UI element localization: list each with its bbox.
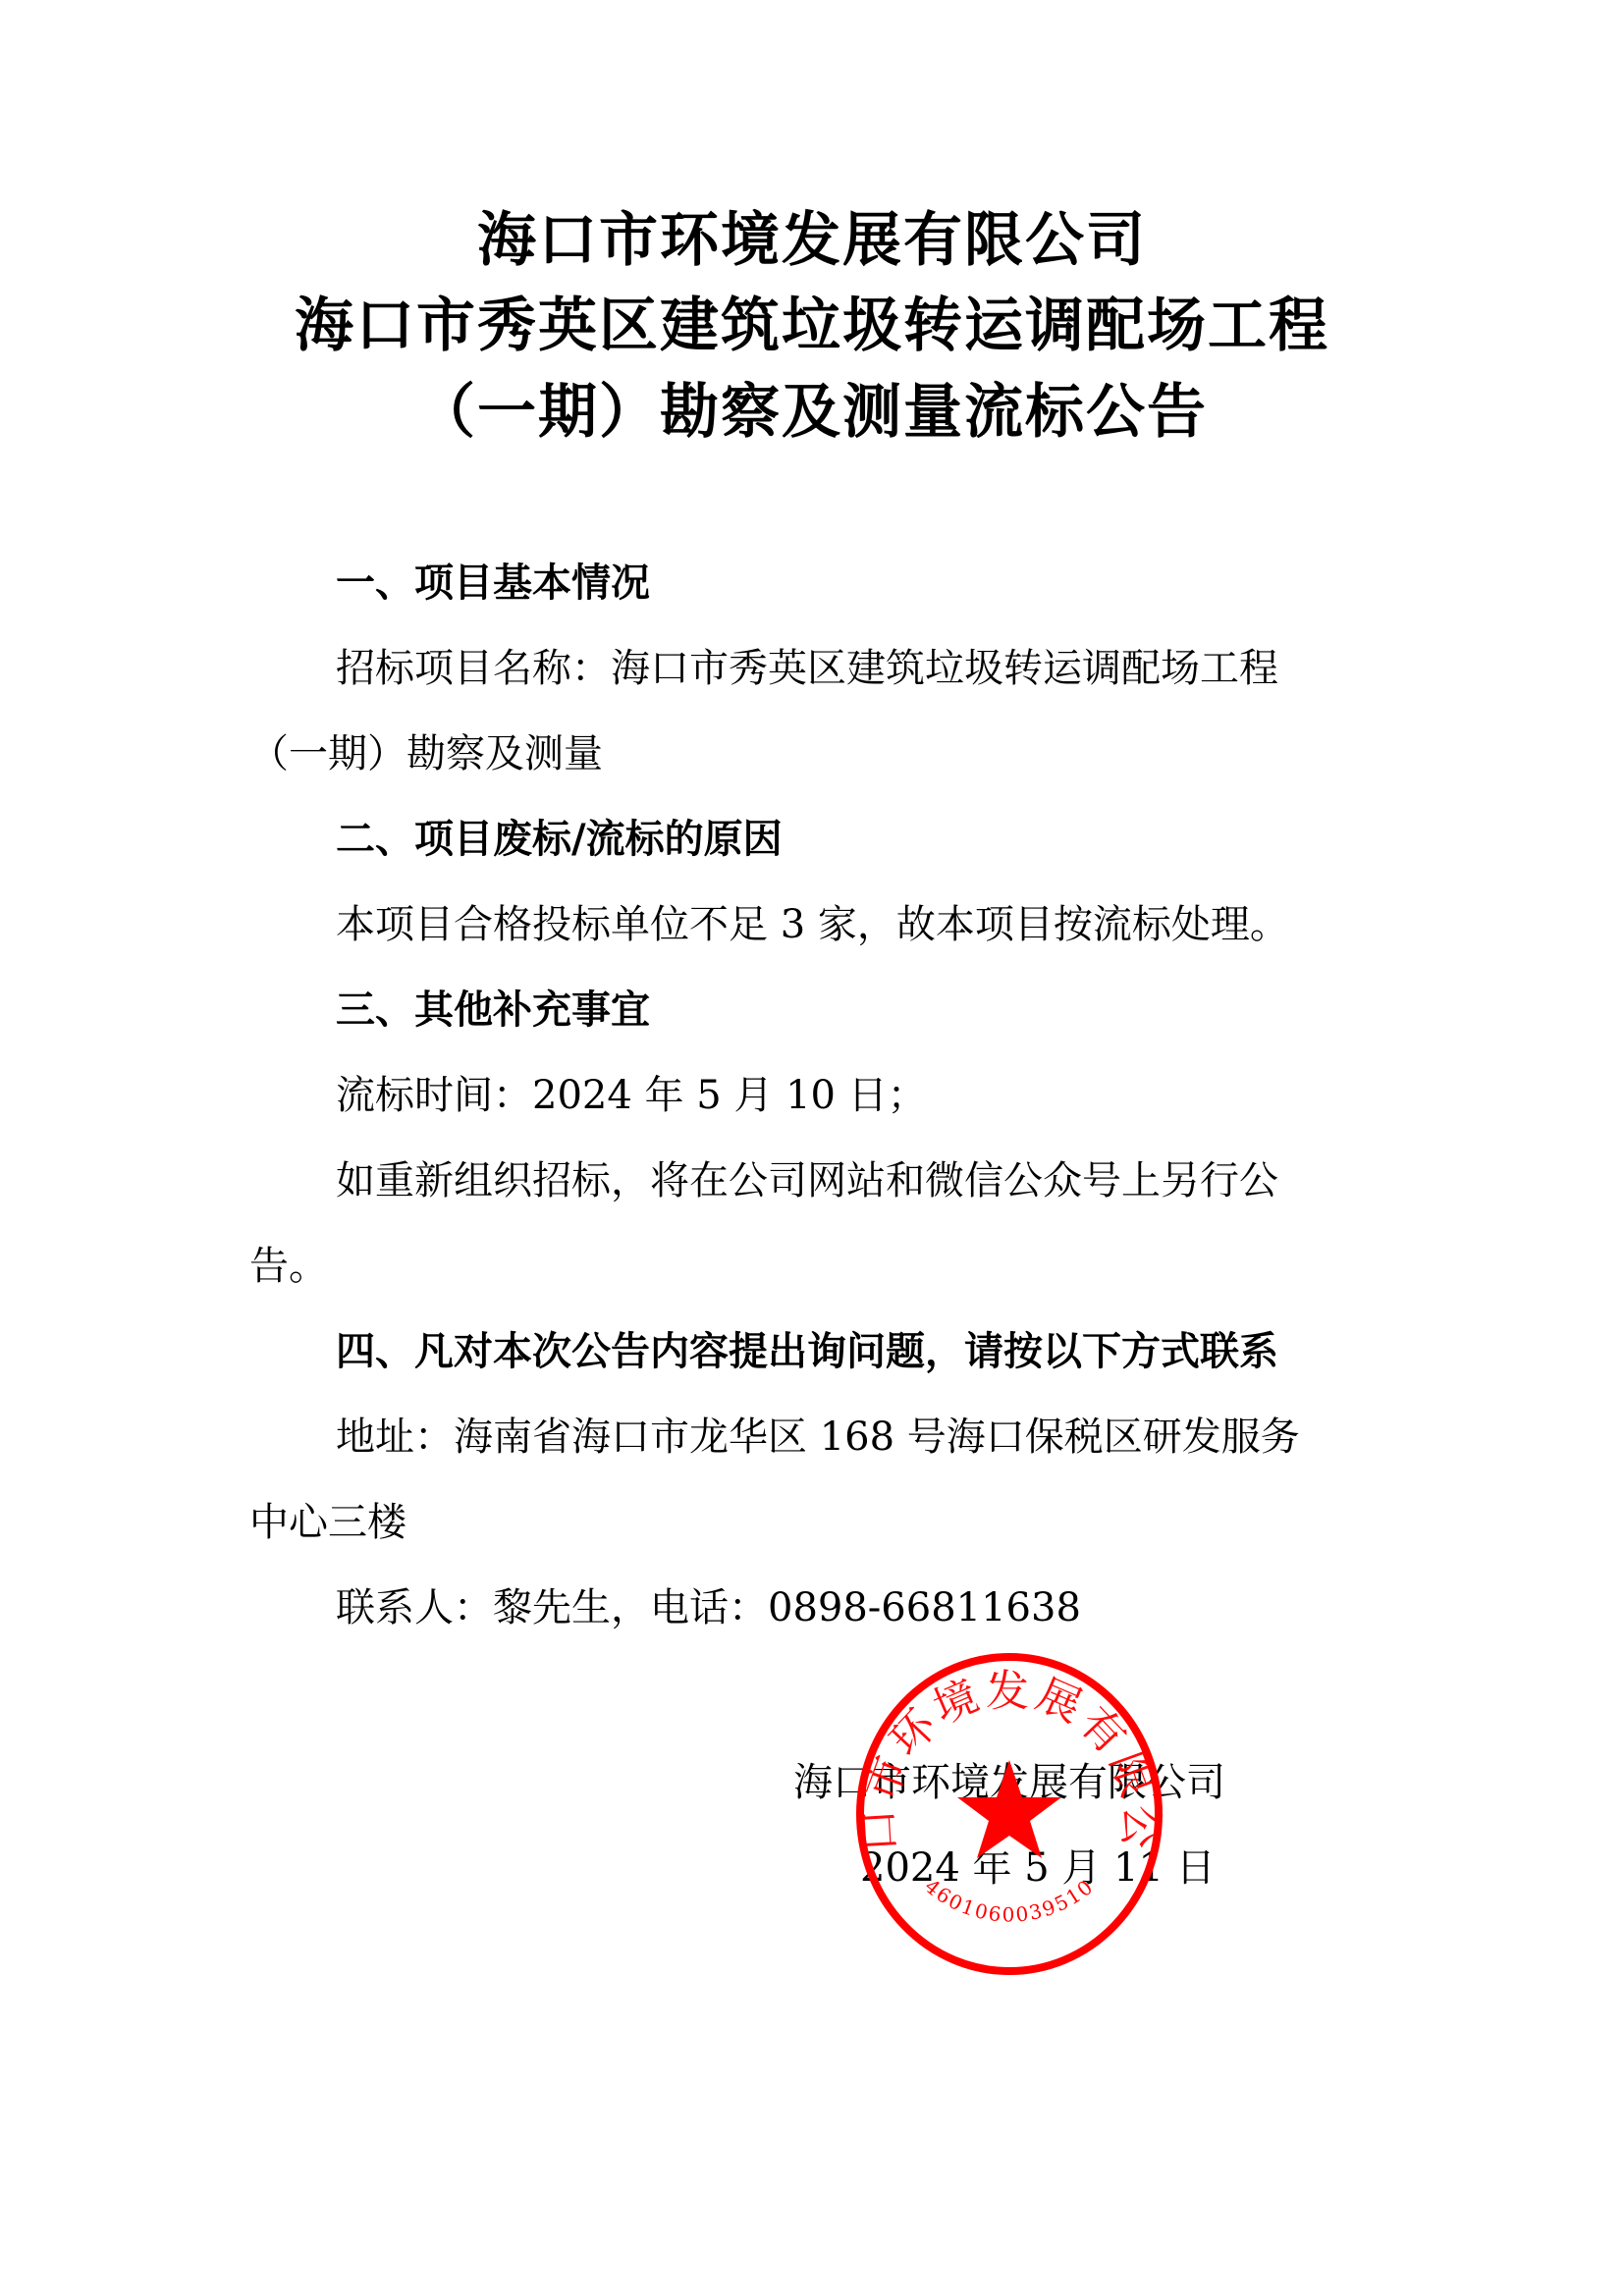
contact-line: 联系人：黎先生，电话：0898-66811638 xyxy=(336,1580,1081,1635)
section-4-heading: 四、凡对本次公告内容提出询问题，请按以下方式联系 xyxy=(336,1324,1278,1379)
failure-date: 流标时间：2024 年 5 月 10 日； xyxy=(336,1068,927,1123)
signature-company: 海口市环境发展有限公司 xyxy=(793,1755,1225,1810)
project-name-line-2: （一期）勘察及测量 xyxy=(249,726,603,781)
document-page: 海口市环境发展有限公司 海口市秀英区建筑垃圾转运调配场工程 （一期）勘察及测量流… xyxy=(0,0,1624,2296)
svg-text:海口市环境发展有限公司: 海口市环境发展有限公司 xyxy=(852,1652,1165,1853)
signature-date: 2024 年 5 月 11 日 xyxy=(860,1841,1216,1896)
section-3-heading: 三、其他补充事宜 xyxy=(336,983,650,1038)
company-seal: 海口市环境发展有限公司 4601060039510 xyxy=(852,1652,1166,1976)
seal-ring xyxy=(860,1657,1159,1971)
section-2-heading: 二、项目废标/流标的原因 xyxy=(336,812,783,867)
rebid-note-line-2: 告。 xyxy=(249,1239,328,1294)
address-line-2: 中心三楼 xyxy=(249,1495,406,1550)
title-line-2: 海口市秀英区建筑垃圾转运调配场工程 xyxy=(0,287,1624,365)
address-line-1: 地址：海南省海口市龙华区 168 号海口保税区研发服务 xyxy=(336,1410,1300,1465)
seal-arc-text: 海口市环境发展有限公司 xyxy=(852,1652,1165,1853)
rebid-note-line-1: 如重新组织招标，将在公司网站和微信公众号上另行公 xyxy=(336,1153,1278,1208)
section-1-heading: 一、项目基本情况 xyxy=(336,556,650,611)
title-line-1: 海口市环境发展有限公司 xyxy=(0,201,1624,280)
failure-reason: 本项目合格投标单位不足 3 家，故本项目按流标处理。 xyxy=(336,897,1289,952)
title-line-3: （一期）勘察及测量流标公告 xyxy=(0,373,1624,452)
project-name-line-1: 招标项目名称：海口市秀英区建筑垃圾转运调配场工程 xyxy=(336,641,1278,696)
